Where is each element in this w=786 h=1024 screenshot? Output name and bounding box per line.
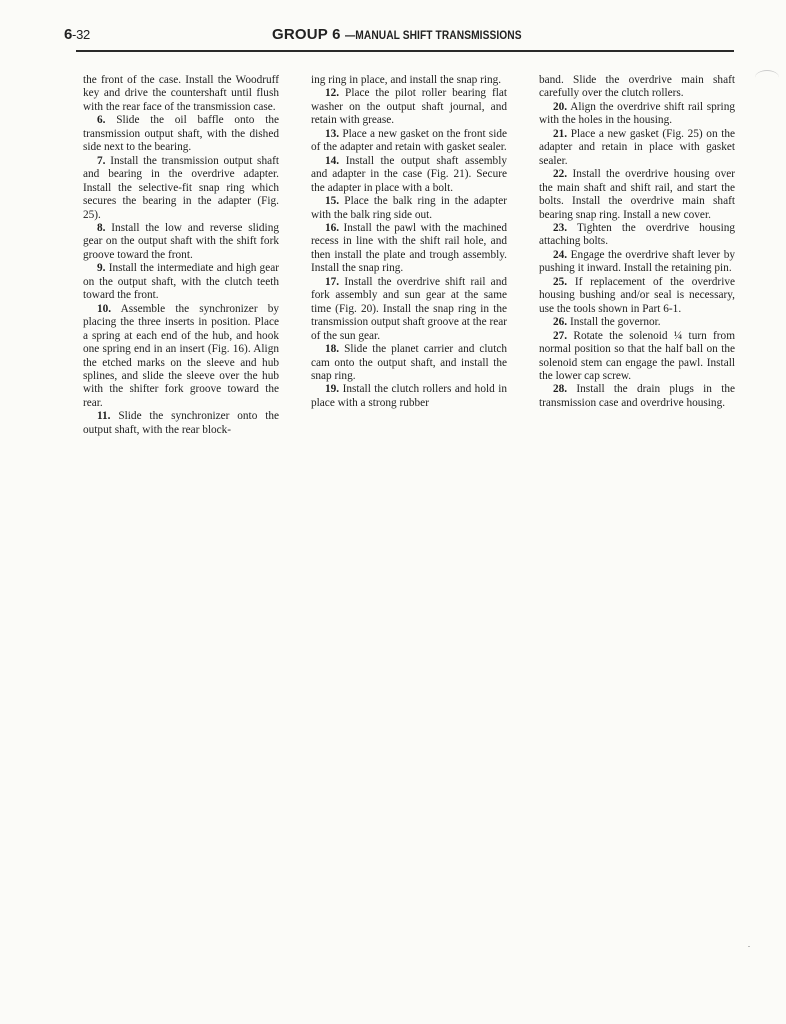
step-number: 22. [553, 168, 567, 180]
step-paragraph: 27. Rotate the solenoid ¼ turn from norm… [539, 330, 735, 384]
step-paragraph: 11. Slide the synchronizer onto the outp… [83, 410, 279, 437]
step-number: 23. [553, 222, 567, 234]
continuation-paragraph: band. Slide the overdrive main shaft car… [539, 74, 735, 101]
step-text: Install the governor. [570, 316, 661, 328]
step-text: Assemble the synchronizer by placing the… [83, 303, 279, 409]
text-column-2: ing ring in place, and install the snap … [311, 74, 507, 410]
step-number: 26. [553, 316, 567, 328]
step-text: Install the low and reverse sliding gear… [83, 222, 279, 261]
step-text: Rotate the solenoid ¼ turn from normal p… [539, 330, 735, 382]
continuation-paragraph: ing ring in place, and install the snap … [311, 74, 507, 87]
page-number-group: 6 [64, 26, 72, 43]
step-paragraph: 8. Install the low and reverse sliding g… [83, 222, 279, 262]
step-paragraph: 18. Slide the planet carrier and clutch … [311, 343, 507, 383]
step-number: 28. [553, 383, 567, 395]
step-number: 6. [97, 114, 105, 126]
step-number: 11. [97, 410, 111, 422]
step-text: Place a new gasket (Fig. 25) on the adap… [539, 128, 735, 167]
step-text: Tighten the overdrive housing attaching … [539, 222, 735, 247]
step-number: 16. [325, 222, 339, 234]
step-text: Install the transmission output shaft an… [83, 155, 279, 221]
step-text: Install the overdrive shift rail and for… [311, 276, 507, 342]
step-text: Align the overdrive shift rail spring wi… [539, 101, 735, 126]
page-header: 6-32 GROUP 6 —MANUAL SHIFT TRANSMISSIONS [64, 26, 740, 46]
step-paragraph: 21. Place a new gasket (Fig. 25) on the … [539, 128, 735, 168]
step-paragraph: 12. Place the pilot roller bearing flat … [311, 87, 507, 127]
text-column-3: band. Slide the overdrive main shaft car… [539, 74, 735, 410]
step-number: 25. [553, 276, 567, 288]
step-text: Install the pawl with the machined reces… [311, 222, 507, 274]
step-paragraph: 14. Install the output shaft assembly an… [311, 155, 507, 195]
scan-speck [748, 946, 750, 947]
header-rule [76, 50, 734, 52]
step-paragraph: 16. Install the pawl with the machined r… [311, 222, 507, 276]
running-title: GROUP 6 —MANUAL SHIFT TRANSMISSIONS [272, 26, 553, 44]
step-text: If replacement of the overdrive housing … [539, 276, 735, 315]
step-number: 12. [325, 87, 339, 99]
step-paragraph: 23. Tighten the overdrive housing attach… [539, 222, 735, 249]
section-title: —MANUAL SHIFT TRANSMISSIONS [345, 28, 522, 42]
page-number: 6-32 [64, 26, 90, 43]
step-paragraph: 6. Slide the oil baffle onto the transmi… [83, 114, 279, 154]
step-paragraph: 17. Install the overdrive shift rail and… [311, 276, 507, 343]
step-paragraph: 7. Install the transmission output shaft… [83, 155, 279, 222]
step-paragraph: 25. If replacement of the overdrive hous… [539, 276, 735, 316]
step-text: Slide the synchronizer onto the output s… [83, 410, 279, 435]
step-paragraph: 15. Place the balk ring in the adapter w… [311, 195, 507, 222]
step-number: 13. [325, 128, 339, 140]
step-paragraph: 28. Install the drain plugs in the trans… [539, 383, 735, 410]
step-text: Install the clutch rollers and hold in p… [311, 383, 507, 408]
step-text: Place the balk ring in the adapter with … [311, 195, 507, 220]
step-paragraph: 9. Install the intermediate and high gea… [83, 262, 279, 302]
step-number: 10. [97, 303, 111, 315]
page-number-sub: -32 [72, 27, 90, 42]
step-number: 27. [553, 330, 567, 342]
step-number: 14. [325, 155, 339, 167]
step-paragraph: 24. Engage the overdrive shaft lever by … [539, 249, 735, 276]
step-number: 19. [325, 383, 339, 395]
step-number: 21. [553, 128, 567, 140]
step-paragraph: 22. Install the overdrive housing over t… [539, 168, 735, 222]
step-paragraph: 10. Assemble the synchronizer by placing… [83, 303, 279, 411]
step-number: 9. [97, 262, 105, 274]
page-corner-mark [755, 70, 779, 85]
step-text: Place the pilot roller bearing flat wash… [311, 87, 507, 126]
step-paragraph: 26. Install the governor. [539, 316, 735, 329]
group-label: GROUP 6 [272, 26, 341, 43]
step-paragraph: 13. Place a new gasket on the front side… [311, 128, 507, 155]
step-text: Install the drain plugs in the transmiss… [539, 383, 735, 408]
step-text: Place a new gasket on the front side of … [311, 128, 507, 153]
step-text: Engage the overdrive shaft lever by push… [539, 249, 735, 274]
step-paragraph: 19. Install the clutch rollers and hold … [311, 383, 507, 410]
step-number: 18. [325, 343, 339, 355]
step-number: 7. [97, 155, 105, 167]
step-number: 24. [553, 249, 567, 261]
step-number: 15. [325, 195, 339, 207]
step-text: Install the output shaft assembly and ad… [311, 155, 507, 194]
step-number: 20. [553, 101, 567, 113]
text-column-1: the front of the case. Install the Woodr… [83, 74, 279, 437]
step-text: Slide the oil baffle onto the transmissi… [83, 114, 279, 153]
continuation-paragraph: the front of the case. Install the Woodr… [83, 74, 279, 114]
step-number: 8. [97, 222, 105, 234]
step-text: Install the overdrive housing over the m… [539, 168, 735, 220]
step-number: 17. [325, 276, 339, 288]
step-text: Install the intermediate and high gear o… [83, 262, 279, 301]
step-text: Slide the planet carrier and clutch cam … [311, 343, 507, 382]
step-paragraph: 20. Align the overdrive shift rail sprin… [539, 101, 735, 128]
